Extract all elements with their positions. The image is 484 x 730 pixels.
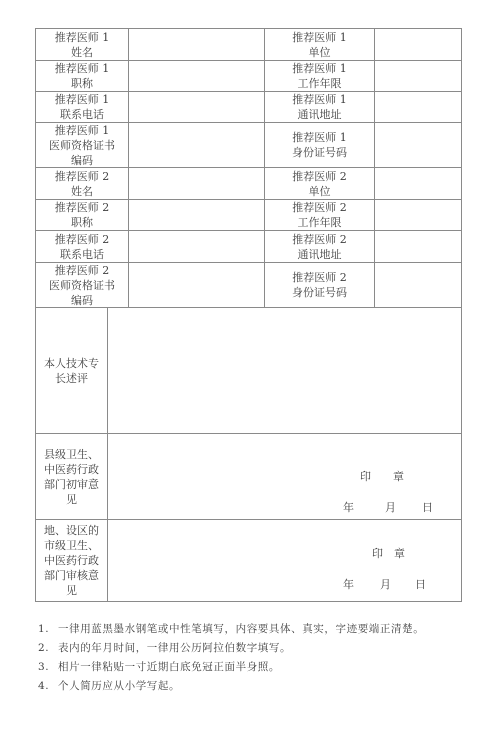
field-input[interactable]	[129, 123, 264, 167]
field-input[interactable]	[129, 168, 264, 199]
field-label: 推荐医师 1单位	[265, 29, 374, 60]
field-label: 推荐医师 1身份证号码	[265, 123, 374, 167]
field-input[interactable]	[129, 263, 264, 307]
field-input[interactable]	[129, 29, 264, 60]
field-input[interactable]	[375, 200, 461, 230]
county-review-label: 县级卫生、中医药行政部门初审意见	[36, 434, 107, 519]
field-label: 推荐医师 1工作年限	[265, 61, 374, 91]
field-input[interactable]	[375, 29, 461, 60]
field-label: 推荐医师 2工作年限	[265, 200, 374, 230]
field-label: 推荐医师 2身份证号码	[265, 263, 374, 307]
self-review-input[interactable]	[108, 308, 461, 433]
field-input[interactable]	[129, 92, 264, 122]
table-border-right	[461, 28, 462, 601]
field-input[interactable]	[375, 231, 461, 262]
field-input[interactable]	[375, 263, 461, 307]
field-input[interactable]	[129, 231, 264, 262]
fill-instructions: 1.一律用蓝黑墨水钢笔或中性笔填写，内容要具体、真实，字迹要端正清楚。 2.表内…	[38, 620, 424, 696]
field-label: 推荐医师 1职称	[36, 61, 128, 91]
field-input[interactable]	[375, 123, 461, 167]
field-input[interactable]	[375, 92, 461, 122]
instruction-item: 1.一律用蓝黑墨水钢笔或中性笔填写，内容要具体、真实，字迹要端正清楚。	[38, 620, 424, 639]
field-label: 推荐医师 1通讯地址	[265, 92, 374, 122]
field-label: 推荐医师 2医师资格证书编码	[36, 263, 128, 307]
instruction-item: 3.相片一律粘贴一寸近期白底免冠正面半身照。	[38, 658, 424, 677]
field-label: 推荐医师 2姓名	[36, 168, 128, 199]
field-label: 推荐医师 2通讯地址	[265, 231, 374, 262]
field-input[interactable]	[375, 61, 461, 91]
self-review-label: 本人技术专长述评	[36, 308, 107, 433]
field-label: 推荐医师 2联系电话	[36, 231, 128, 262]
city-review-input[interactable]	[108, 520, 461, 601]
instruction-item: 2.表内的年月时间，一律用公历阿拉伯数字填写。	[38, 639, 424, 658]
field-label: 推荐医师 2职称	[36, 200, 128, 230]
field-input[interactable]	[375, 168, 461, 199]
city-review-label: 地、设区的市级卫生、中医药行政部门审核意见	[36, 520, 107, 601]
county-review-input[interactable]	[108, 434, 461, 519]
field-label: 推荐医师 1医师资格证书编码	[36, 123, 128, 167]
table-rule	[35, 601, 462, 602]
instruction-item: 4.个人简历应从小学写起。	[38, 677, 424, 696]
field-label: 推荐医师 2单位	[265, 168, 374, 199]
field-label: 推荐医师 1联系电话	[36, 92, 128, 122]
field-input[interactable]	[129, 61, 264, 91]
field-input[interactable]	[129, 200, 264, 230]
field-label: 推荐医师 1姓名	[36, 29, 128, 60]
